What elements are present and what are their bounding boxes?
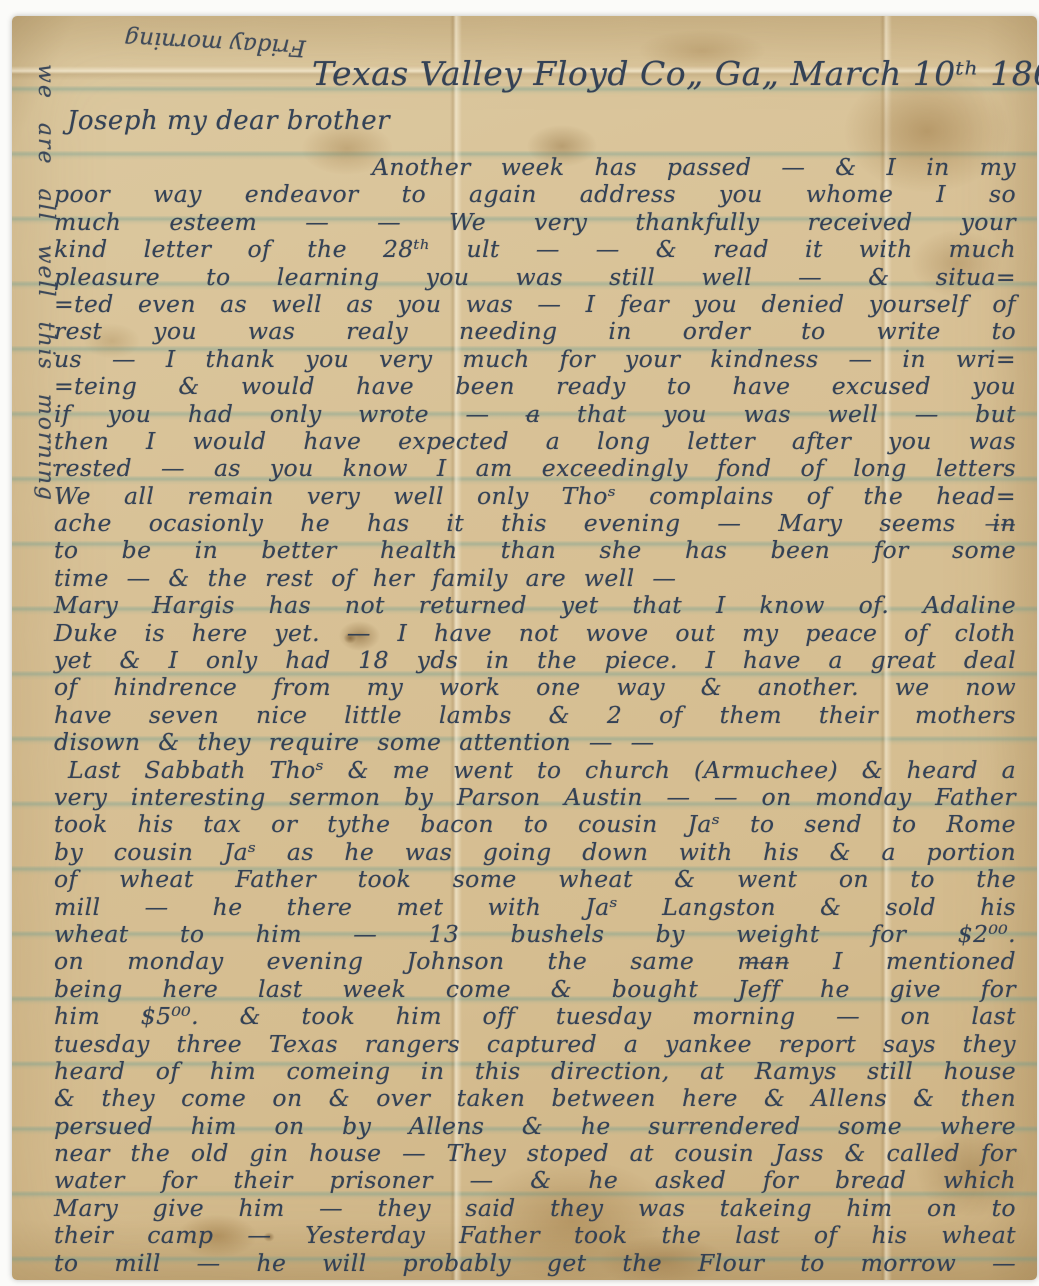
letter-line: to be in better health than she has been…: [54, 537, 1016, 564]
letter-line: wheat to him — 13 bushels by weight for …: [54, 921, 1016, 948]
letter-line: near the old gin house — They stoped at …: [54, 1140, 1016, 1167]
letter-line: on monday evening Johnson the same m̶a̶n…: [54, 948, 1016, 975]
letter-line: rest you was realy needing in order to w…: [54, 318, 1016, 345]
letter-line: =ted even as well as you was — I fear yo…: [54, 291, 1016, 318]
letter-line: of wheat Father took some wheat & went o…: [54, 866, 1016, 893]
letter-line: have seven nice little lambs & 2 of them…: [54, 702, 1016, 729]
letter-sheet: Friday morning we are all well this morn…: [12, 16, 1037, 1280]
letter-line: We all remain very well only Thoˢ compla…: [54, 483, 1016, 510]
letter-line: mill — he there met with Jaˢ Langston & …: [54, 894, 1016, 921]
letter-line: us — I thank you very much for your kind…: [54, 346, 1016, 373]
letter-heading-dateline: Texas Valley Floyd Co„ Ga„ March 10ᵗʰ 18…: [312, 54, 1024, 93]
letter-line: & they come on & over taken between here…: [54, 1085, 1016, 1112]
letter-line: persued him on by Allens & he surrendere…: [54, 1113, 1016, 1140]
letter-salutation: Joseph my dear brother: [67, 106, 390, 136]
letter-line: if you had only wrote — a̶ that you was …: [54, 401, 1016, 428]
letter-line: tuesday three Texas rangers captured a y…: [54, 1031, 1016, 1058]
letter-line: by cousin Jaˢ as he was going down with …: [54, 839, 1016, 866]
letter-line: their camp — Yesterday Father took the l…: [54, 1222, 1016, 1249]
letter-line: very interesting sermon by Parson Austin…: [54, 784, 1016, 811]
letter-line: pleasure to learning you was still well …: [54, 264, 1016, 291]
letter-line: time — & the rest of her family are well…: [54, 565, 1016, 592]
letter-line: of hindrence from my work one way & anot…: [54, 674, 1016, 701]
letter-line: ache ocasionly he has it this evening — …: [54, 510, 1016, 537]
letter-line: then I would have expected a long letter…: [54, 428, 1016, 455]
letter-line: being here last week come & bought Jeff …: [54, 976, 1016, 1003]
letter-line: took his tax or tythe bacon to cousin Ja…: [54, 811, 1016, 838]
letter-line: water for their prisoner — & he asked fo…: [54, 1167, 1016, 1194]
letter-line: kind letter of the 28ᵗʰ ult — — & read i…: [54, 236, 1016, 263]
letter-line: yet & I only had 18 yds in the piece. I …: [54, 647, 1016, 674]
letter-line: heard of him comeing in this direction, …: [54, 1058, 1016, 1085]
letter-line: rested — as you know I am exceedingly fo…: [54, 455, 1016, 482]
letter-line: =teing & would have been ready to have e…: [54, 373, 1016, 400]
letter-line: much esteem — — We very thankfully recei…: [54, 209, 1016, 236]
letter-line: Last Sabbath Thoˢ & me went to church (A…: [54, 757, 1016, 784]
scanned-letter-page: { "colors": { "paper": "#d8c196", "ink":…: [0, 0, 1039, 1286]
letter-body: Another week has passed — & I in mypoor …: [54, 154, 1016, 1277]
letter-line: Another week has passed — & I in my: [54, 154, 1016, 181]
letter-line: Mary give him — they said they was takei…: [54, 1195, 1016, 1222]
letter-line: him $5⁰⁰. & took him off tuesday morning…: [54, 1003, 1016, 1030]
letter-line: to mill — he will probably get the Flour…: [54, 1250, 1016, 1277]
letter-line: Duke is here yet. — I have not wove out …: [54, 620, 1016, 647]
letter-line: Mary Hargis has not returned yet that I …: [54, 592, 1016, 619]
letter-line: disown & they require some attention — —: [54, 729, 1016, 756]
letter-line: poor way endeavor to again address you w…: [54, 181, 1016, 208]
